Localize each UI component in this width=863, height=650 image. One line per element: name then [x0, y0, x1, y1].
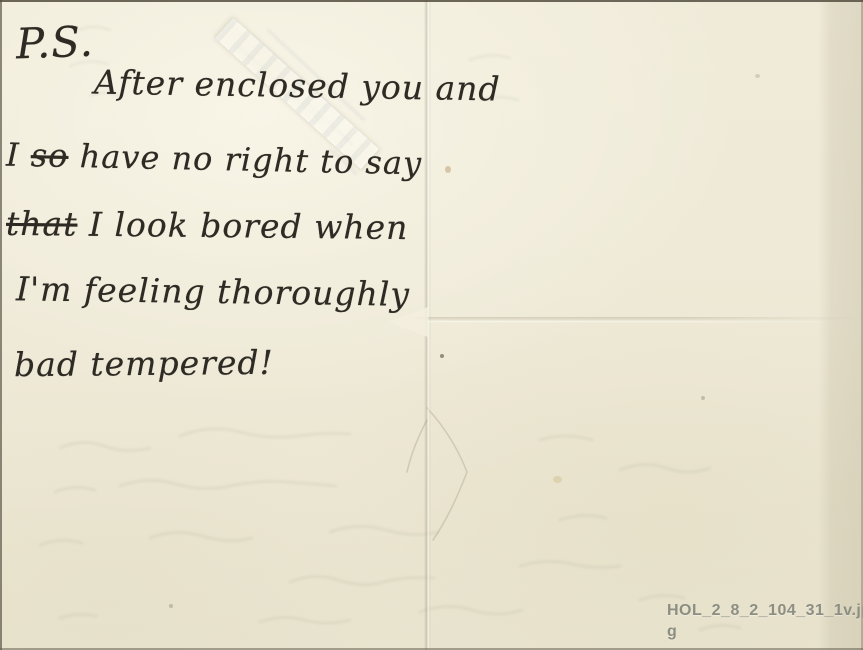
left-scan-edge [0, 0, 2, 650]
handwriting-line-2-struck-word: so [30, 136, 68, 175]
handwriting-line-3: that I look bored when [6, 204, 409, 247]
handwriting-line-3-struck-word: that [6, 204, 78, 244]
paper-speck [440, 354, 444, 358]
handwriting-line-3-post: I look bored when [77, 205, 408, 247]
top-scan-edge [0, 0, 863, 2]
handwriting-line-5: bad tempered! [14, 343, 274, 384]
filename-watermark-line-1: HOL_2_8_2_104_31_1v.jp [667, 600, 847, 621]
paper-speck [169, 604, 173, 608]
handwriting-line-1: After enclosed you and [94, 62, 501, 108]
handwriting-ps: P.S. [15, 17, 94, 69]
handwriting-line-2-post: have no right to say [68, 137, 422, 182]
scanned-letter-page: P.S. After enclosed you and I so have no… [0, 0, 863, 650]
paper-speck [755, 74, 760, 78]
handwriting-line-4: I'm feeling thoroughly [16, 269, 411, 313]
paper-speck [445, 166, 451, 173]
paper-speck [553, 476, 562, 483]
horizontal-fold-crease [416, 317, 863, 323]
paper-speck [701, 396, 705, 400]
right-edge-shading [818, 0, 863, 650]
filename-watermark: HOL_2_8_2_104_31_1v.jp g [667, 600, 847, 642]
handwriting-line-2-pre: I [6, 136, 32, 175]
filename-watermark-line-2: g [667, 621, 847, 642]
